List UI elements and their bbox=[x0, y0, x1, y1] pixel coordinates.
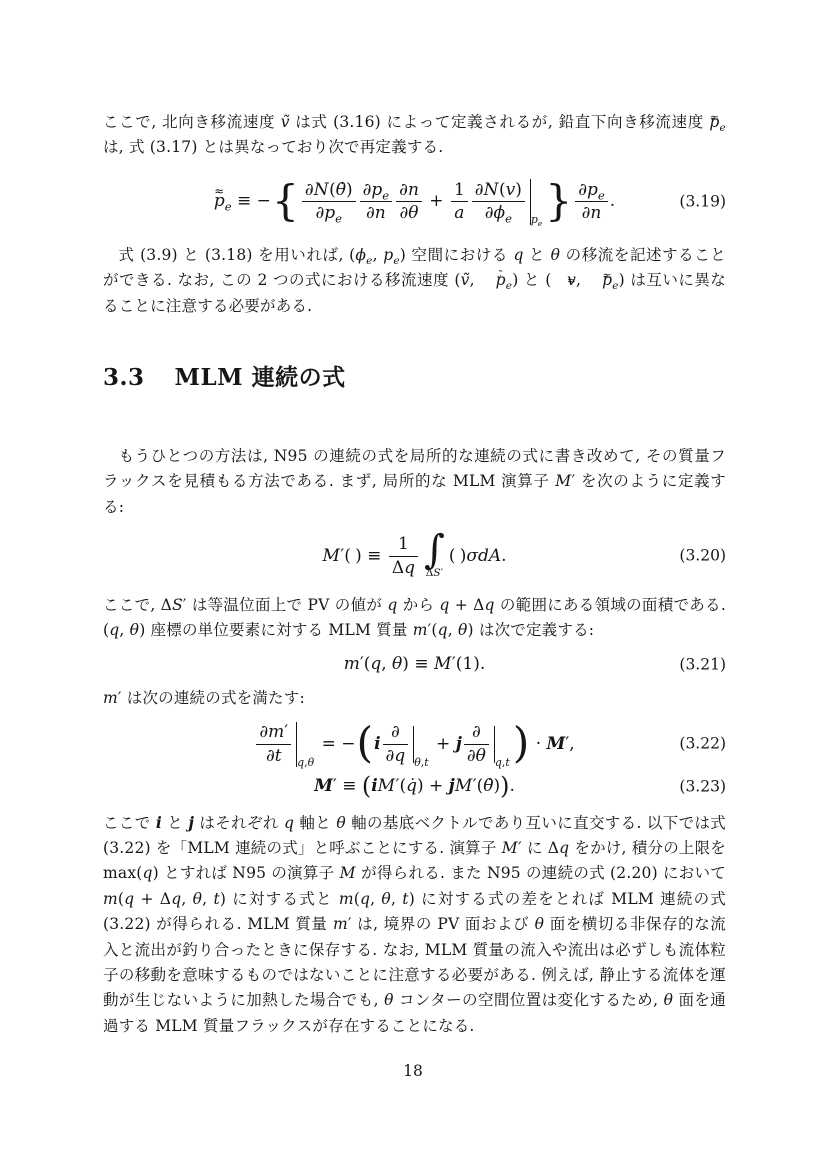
equation-3-23: M′ ≡ (iM′(q̇) + jM′(θ̇)). (3.23) bbox=[103, 773, 726, 799]
equation-3-22-label: (3.22) bbox=[679, 736, 726, 753]
equation-3-21-label: (3.21) bbox=[679, 656, 726, 673]
section-heading: 3.3MLM 連続の式 bbox=[103, 359, 726, 392]
equation-3-20: M′( ) ≡ 1Δq∫ΔS′( )σdA. (3.20) bbox=[103, 534, 726, 579]
equation-3-20-body: M′( ) ≡ 1Δq∫ΔS′( )σdA. bbox=[322, 546, 506, 566]
paragraph-advection-note: 式 (3.9) と (3.18) を用いれば, (ϕe, pe) 空間における … bbox=[103, 243, 726, 319]
paper-page: ここで, 北向き移流速度 ṽ は式 (3.16) によって定義されるが, 鉛直下… bbox=[0, 0, 826, 1169]
paragraph-mlm-operator-intro: もうひとつの方法は, N95 の連続の式を局所的な連続の式に書き改めて, その質… bbox=[103, 444, 726, 520]
text-block: ここで, 北向き移流速度 ṽ は式 (3.16) によって定義されるが, 鉛直下… bbox=[103, 110, 726, 1039]
equation-3-21: m′(q, θ) ≡ M′(1). (3.21) bbox=[103, 655, 726, 674]
equation-3-22: ∂m′∂tq,θ = −(i∂∂qθ,t + j∂∂θq,t) · M′, (3… bbox=[103, 722, 726, 768]
equation-3-19-label: (3.19) bbox=[679, 193, 726, 210]
paragraph-advection-redef: ここで, 北向き移流速度 ṽ は式 (3.16) によって定義されるが, 鉛直下… bbox=[103, 110, 726, 161]
section-title: MLM 連続の式 bbox=[175, 364, 346, 391]
section-number: 3.3 bbox=[103, 364, 145, 391]
equation-3-23-body: M′ ≡ (iM′(q̇) + jM′(θ̇)). bbox=[314, 776, 515, 796]
equation-3-19: ≈˙pe ≡ −{∂N(θ̇)∂pe∂pe∂n∂n∂θ + 1a∂N(v)∂ϕe… bbox=[103, 179, 726, 225]
page-number: 18 bbox=[0, 1062, 826, 1080]
equation-3-19-body: ≈˙pe ≡ −{∂N(θ̇)∂pe∂pe∂n∂n∂θ + 1a∂N(v)∂ϕe… bbox=[214, 191, 615, 211]
paragraph-mlm-mass-def: ここで, ΔS′ は等温位面上で PV の値が q から q + Δq の範囲に… bbox=[103, 593, 726, 644]
paragraph-continuity-lead: m′ は次の連続の式を満たす: bbox=[103, 686, 726, 711]
equation-3-23-label: (3.23) bbox=[679, 778, 726, 795]
equation-3-21-body: m′(q, θ) ≡ M′(1). bbox=[344, 654, 486, 674]
equation-3-22-body: ∂m′∂tq,θ = −(i∂∂qθ,t + j∂∂θq,t) · M′, bbox=[254, 734, 574, 754]
paragraph-mlm-discussion: ここで i と j はそれぞれ q 軸と θ 軸の基底ベクトルであり互いに直交す… bbox=[103, 810, 726, 1040]
equation-3-20-label: (3.20) bbox=[679, 548, 726, 565]
